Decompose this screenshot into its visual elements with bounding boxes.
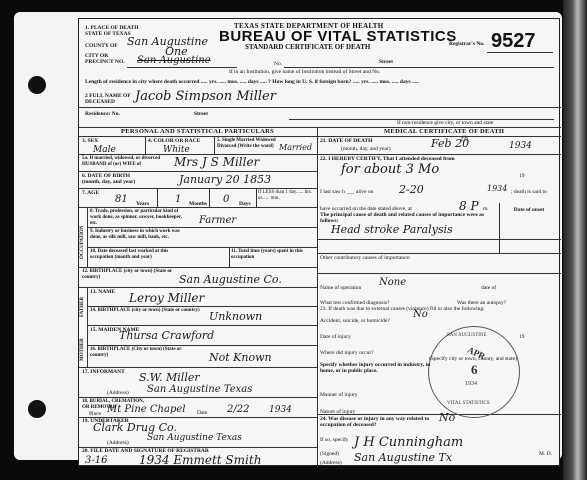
father-birthplace-label: 14. BIRTHPLACE (city or town) (State or … <box>90 308 200 314</box>
occurred-time: 8 P <box>459 199 479 213</box>
mother-birthplace-label: 16. BIRTHPLACE (City or town) (State or … <box>90 347 200 359</box>
operation-date-label: date of <box>481 285 496 291</box>
external-causes-label: 23. If death was due to external causes … <box>320 306 485 312</box>
physician-address: San Augustine Tx <box>354 451 452 464</box>
punch-hole <box>28 400 46 418</box>
other-causes-label: Other contributory causes of importance: <box>320 255 410 261</box>
physician-address-label: (Address) <box>320 460 342 466</box>
file-date-value: 3-16 <box>85 455 107 466</box>
city-label: CITY OR PRECINCT NO. <box>85 53 125 65</box>
nonresidence-note: If non-residence give city, or town and … <box>397 120 493 126</box>
marital-label: 5. Single Married Widowed Divorced (Writ… <box>217 138 287 150</box>
undertaker-address-label: (Address) <box>107 440 129 446</box>
street-label: Street <box>379 59 393 65</box>
burial-year: 1934 <box>269 405 292 415</box>
less-than-day: If LESS than 1 day...... hrs. or...... m… <box>258 190 316 202</box>
date-of-death-sub: (month, day, and year) <box>341 146 391 152</box>
injury-where-label: Where did injury occur? <box>320 350 374 356</box>
last-saw-value: 2-20 <box>399 183 424 196</box>
occupation-related-label: 24. Was disease or injury in any way rel… <box>320 416 430 428</box>
signed-label: (Signed) <box>320 451 339 457</box>
spouse-label: 5a. If married, widowed, or divorced HUS… <box>82 156 162 168</box>
last-saw-label: I last saw h ___ alive on <box>320 189 373 195</box>
county-label: COUNTY OF <box>85 43 118 49</box>
total-time-label: 11. Total time (years) spent in this occ… <box>231 249 311 261</box>
injury-date-label: Date of injury <box>320 334 351 340</box>
trade-value: Farmer <box>199 215 236 226</box>
if-so-label: If so, specify <box>320 437 349 443</box>
age-months: 1 <box>175 194 181 205</box>
full-name-label: 2 FULL NAME OF DECEASED <box>85 93 135 105</box>
full-name-value: Jacob Simpson Miller <box>135 89 276 104</box>
residence-length: Length of residence in city where death … <box>85 79 419 85</box>
stamp-top-text: SAN AUGUSTINE <box>447 333 487 339</box>
undertaker-address: San Augustine Texas <box>147 433 242 443</box>
personal-section-title: PERSONAL AND STATISTICAL PARTICULARS <box>121 129 274 135</box>
father-side-label: FATHER <box>80 297 85 317</box>
death-said-label: ; death is said to <box>511 189 547 195</box>
informant-value: S.W. Miller <box>139 371 200 384</box>
registrar-signature: 1934 Emmett Smith <box>139 453 261 467</box>
industry-label: 9. Industry or business in which work wa… <box>90 229 190 241</box>
physician-signature: J H Cunningham <box>354 435 463 450</box>
informant-address: San Augustine Texas <box>147 384 252 395</box>
father-birthplace-value: Unknown <box>209 310 262 323</box>
cause-value: Head stroke Paralysis <box>331 223 453 236</box>
operation-value: None <box>379 277 406 288</box>
operation-label: Name of operation <box>320 285 361 291</box>
dob-value: January 20 1853 <box>179 173 271 186</box>
bureau-title: BUREAU OF VITAL STATISTICS <box>219 29 457 44</box>
date-of-death-suffix: th <box>461 135 468 143</box>
city-value: San Augustine <box>137 55 211 66</box>
accident-label: Accident, suicide, or homicide? <box>320 318 390 324</box>
burial-date: 2/22 <box>227 404 249 415</box>
last-saw-year: 1934 <box>487 184 507 193</box>
injury-place-label: Specify whether injury occurred in indus… <box>320 362 440 374</box>
accident-value: No <box>413 309 428 320</box>
mother-birthplace-value: Not Known <box>209 351 272 364</box>
sex-label: 3. SEX <box>82 138 98 144</box>
medical-section-title: MEDICAL CERTIFICATE OF DEATH <box>384 129 504 135</box>
injury-year-label: 19 <box>519 334 525 340</box>
mother-maiden-value: Thursa Crawford <box>119 329 214 342</box>
father-name-label: 13. NAME <box>90 289 115 295</box>
md-label: M. D. <box>539 451 552 457</box>
spouse-value: Mrs J S Miller <box>174 155 259 169</box>
age-label: 7. AGE <box>82 190 99 196</box>
stamp-year: 1934 <box>465 381 477 387</box>
informant-label: 17. INFORMANT <box>82 369 125 375</box>
punch-hole <box>28 76 46 94</box>
burial-place: Mt Pine Chapel <box>107 404 185 415</box>
stamp-bottom-text: VITAL STATISTICS <box>447 401 490 407</box>
mother-side-label: MOTHER <box>80 338 85 361</box>
institution-note: If in an Institution, give name of Insti… <box>229 69 380 75</box>
father-name-value: Leroy Miller <box>129 291 204 305</box>
manner-label: Manner of injury <box>320 392 358 398</box>
state-label: STATE OF TEXAS <box>85 31 131 37</box>
trade-label: 8. Trade, profession, or particular kind… <box>90 209 190 227</box>
race-label: 4. COLOR OR RACE <box>148 138 200 144</box>
certify-value: for about 3 Mo <box>341 162 439 177</box>
stamp-day: 6 <box>471 363 478 376</box>
stamp-month: APR <box>466 346 487 362</box>
certificate-type: STANDARD CERTIFICATE OF DEATH <box>245 44 370 50</box>
date-of-death-year: 1934 <box>509 141 532 151</box>
birthplace-label: 12. BIRTHPLACE (city or town) (State or … <box>82 269 182 281</box>
age-years: 81 <box>115 194 128 205</box>
last-worked-label: 10. Date deceased last worked at this oc… <box>90 249 180 261</box>
registrar-number: 9527 <box>491 31 536 51</box>
occupation-side-label: OCCUPATION <box>80 226 85 259</box>
birthplace-value: San Augustine Co. <box>179 273 282 286</box>
marital-value: Married <box>279 143 312 152</box>
registrar-no-label: Registrar's No. <box>449 41 484 47</box>
scan-edge <box>563 0 587 480</box>
informant-address-label: (Address) <box>107 390 129 396</box>
no-label: No. <box>274 61 282 67</box>
burial-date-label: Date <box>197 410 207 416</box>
residence-street-label: Street <box>194 111 208 117</box>
date-of-death-label: 21. DATE OF DEATH <box>320 138 372 144</box>
filed-date-stamp: SAN AUGUSTINE APR 6 1934 VITAL STATISTIC… <box>428 326 520 418</box>
dob-label: 6. DATE OF BIRTH (month, day, and year) <box>82 173 142 185</box>
onset-label: Date of onset <box>509 207 549 213</box>
residence-label: Residence: No. <box>85 111 120 117</box>
age-days: 0 <box>223 194 229 205</box>
nineteen-label: 19 <box>519 173 525 179</box>
